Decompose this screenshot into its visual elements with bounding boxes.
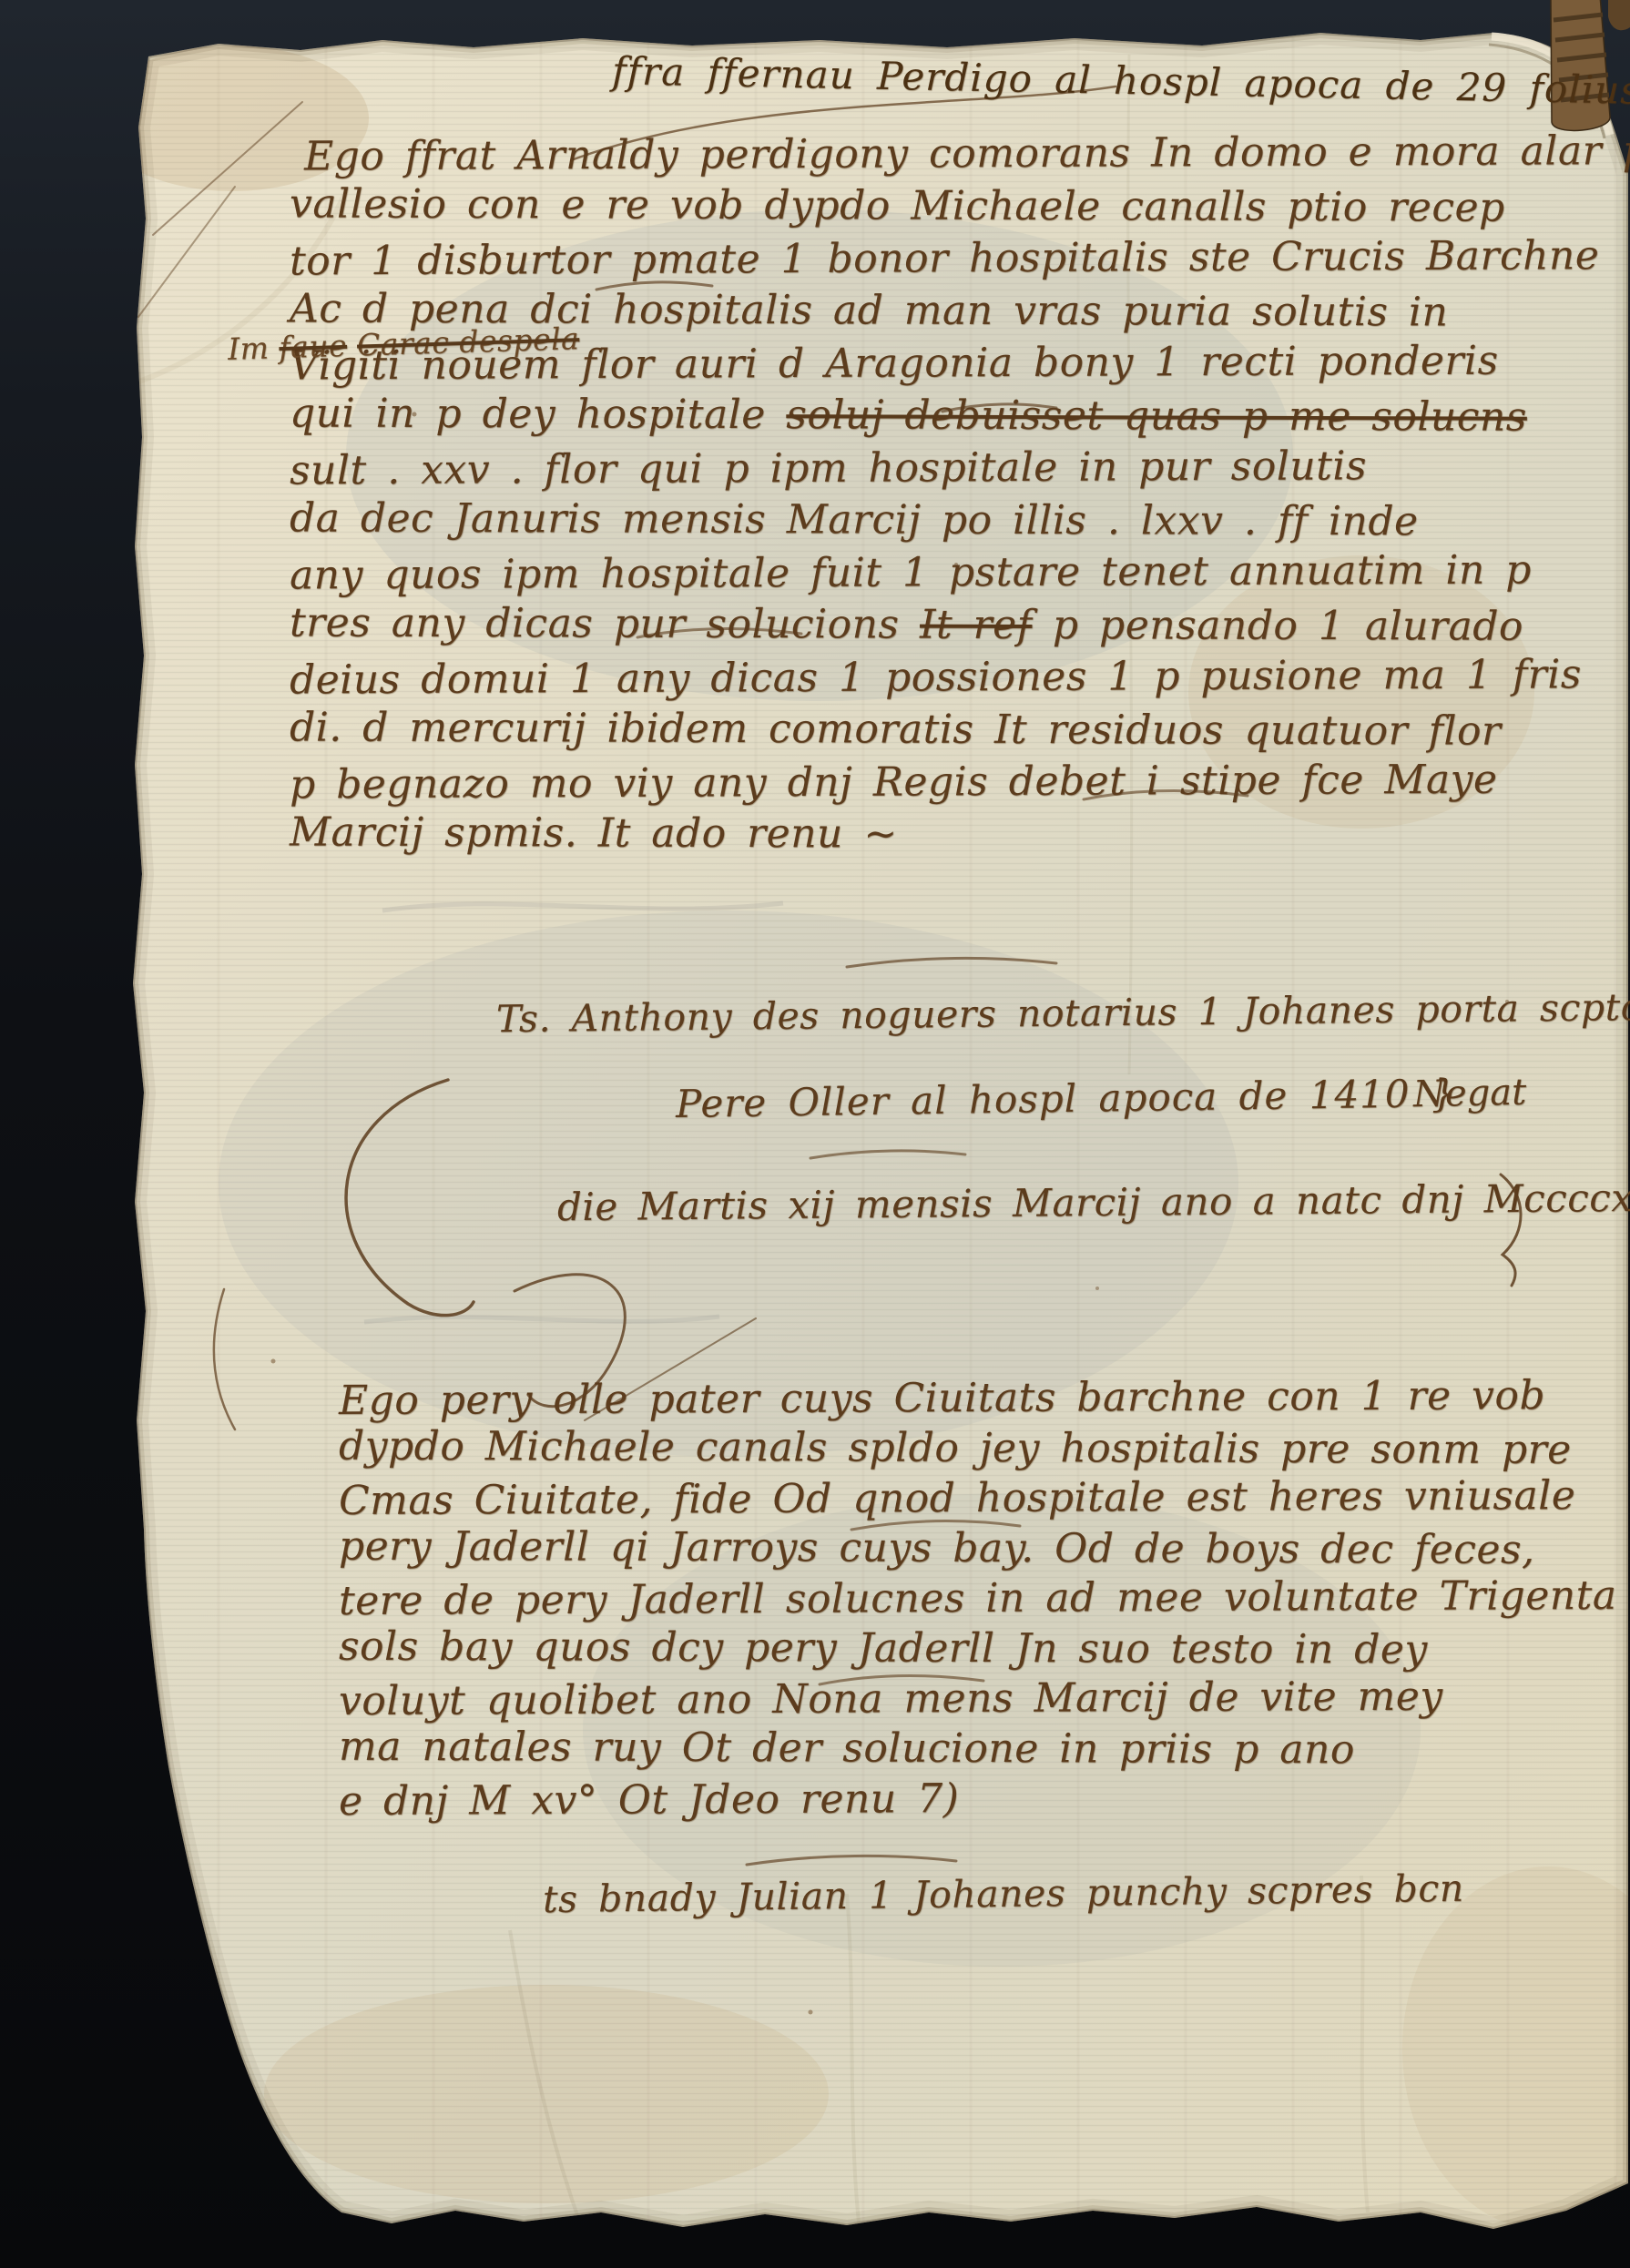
entry2-docket-note: Negat bbox=[1413, 1072, 1527, 1116]
entry1-body: Ego ffrat Arnaldy perdigony comorans In … bbox=[290, 127, 1630, 860]
manuscript-line: vallesio con e re vob dypdo Michaele can… bbox=[290, 178, 1630, 235]
ink-text: ma natales ruy Ot der solucione in priis… bbox=[339, 1724, 1355, 1774]
struck-text: faue bbox=[279, 328, 348, 365]
ink-text: pery Jaderll qi Jarroys cuys bay. Od de … bbox=[339, 1523, 1535, 1573]
ink-text: Im bbox=[227, 330, 279, 367]
struck-text: Carac despela bbox=[356, 320, 579, 362]
struck-text: It ref bbox=[920, 601, 1033, 647]
witness-line-2: ts bnady Julian 1 Johanes punchy scpres … bbox=[543, 1866, 1464, 1921]
ink-text: vallesio con e re vob dypdo Michaele can… bbox=[290, 180, 1505, 230]
ink-text: e dnj M xv° Ot Jdeo renu 7) bbox=[339, 1775, 960, 1825]
ink-text: sult . xxv . flor qui p ipm hospitale in… bbox=[290, 442, 1367, 493]
manuscript-line: e dnj M xv° Ot Jdeo renu 7) bbox=[339, 1771, 1617, 1826]
manuscript-line: dypdo Michaele canals spldo jey hospital… bbox=[339, 1421, 1617, 1475]
ink-text: da dec Januris mensis Marcij po illis . … bbox=[290, 494, 1419, 544]
ink-text: tor 1 disburtor pmate 1 bonor hospitalis… bbox=[290, 232, 1600, 284]
archive-photo-canvas: ffra ffernau Perdigo al hospl apoca de 2… bbox=[0, 0, 1630, 2268]
ink-text: Cmas Ciuitate, fide Od qnod hospitale es… bbox=[339, 1472, 1576, 1524]
manuscript-line: tor 1 disburtor pmate 1 bonor hospitalis… bbox=[290, 229, 1630, 288]
manuscript-line: da dec Januris mensis Marcij po illis . … bbox=[290, 492, 1630, 549]
manuscript-line: Cmas Ciuitate, fide Od qnod hospitale es… bbox=[339, 1470, 1617, 1526]
struck-text: soluj debuisset quas p me solucns bbox=[786, 392, 1527, 441]
manuscript-line: ma natales ruy Ot der solucione in priis… bbox=[339, 1722, 1617, 1775]
manuscript-line: Ego pery olle pater cuys Ciuitats barchn… bbox=[339, 1370, 1617, 1426]
manuscript-line: voluyt quolibet ano Nona mens Marcij de … bbox=[339, 1671, 1617, 1726]
ink-text: any quos ipm hospitale fuit 1 pstare ten… bbox=[290, 547, 1532, 599]
manuscript-line: tres any dicas pur solucions It ref p pe… bbox=[290, 596, 1630, 654]
entry2-docket: Pere Oller al hospl apoca de 1410 } bbox=[676, 1071, 1457, 1126]
ink-text: Marcij spmis. It ado renu ~ bbox=[290, 809, 898, 857]
manuscript-line: qui in p dey hospitale soluj debuisset q… bbox=[290, 387, 1630, 444]
manuscript-line: p begnazo mo viy any dnj Regis debet i s… bbox=[290, 753, 1630, 811]
manuscript-line: sult . xxv . flor qui p ipm hospitale in… bbox=[290, 439, 1630, 497]
manuscript-line: any quos ipm hospitale fuit 1 pstare ten… bbox=[290, 544, 1630, 602]
manuscript-line: deius domui 1 any dicas 1 possiones 1 p … bbox=[290, 648, 1630, 707]
manuscript-line: tere de pery Jaderll solucnes in ad mee … bbox=[339, 1571, 1617, 1626]
docket-heading: ffra ffernau Perdigo al hospl apoca de 2… bbox=[612, 48, 1630, 113]
ink-text: di. d mercurij ibidem comoratis It resid… bbox=[290, 704, 1502, 754]
ink-text: tres any dicas pur solucions bbox=[290, 599, 920, 647]
ink-text: voluyt quolibet ano Nona mens Marcij de … bbox=[339, 1673, 1443, 1724]
ink-text: Ego ffrat Arnaldy perdigony comorans In … bbox=[304, 127, 1630, 180]
ink-text: deius domui 1 any dicas 1 possiones 1 p … bbox=[290, 651, 1582, 703]
manuscript-text-layer: ffra ffernau Perdigo al hospl apoca de 2… bbox=[0, 0, 1630, 2268]
ink-text: qui in p dey hospitale bbox=[290, 390, 786, 438]
manuscript-line: di. d mercurij ibidem comoratis It resid… bbox=[290, 701, 1630, 758]
witness-line-1: Ts. Anthony des noguers notarius 1 Johan… bbox=[496, 984, 1630, 1041]
manuscript-line: sols bay quos dcy pery Jaderll Jn suo te… bbox=[339, 1622, 1617, 1675]
manuscript-line: Marcij spmis. It ado renu ~ bbox=[290, 806, 1630, 863]
ink-text: tere de pery Jaderll solucnes in ad mee … bbox=[339, 1572, 1617, 1624]
manuscript-line: pery Jaderll qi Jarroys cuys bay. Od de … bbox=[339, 1521, 1617, 1575]
manuscript-line: Ego ffrat Arnaldy perdigony comorans In … bbox=[304, 125, 1630, 183]
ink-text: p begnazo mo viy any dnj Regis debet i s… bbox=[290, 757, 1498, 809]
ink-text: Ego pery olle pater cuys Ciuitats barchn… bbox=[339, 1372, 1545, 1424]
date-line: die Martis xij mensis Marcij ano a natc … bbox=[557, 1175, 1630, 1230]
ink-text: sols bay quos dcy pery Jaderll Jn suo te… bbox=[339, 1623, 1428, 1673]
ink-text: dypdo Michaele canals spldo jey hospital… bbox=[339, 1423, 1572, 1473]
entry2-body: Ego pery olle pater cuys Ciuitats barchn… bbox=[339, 1373, 1617, 1824]
ink-text: p pensando 1 alurado bbox=[1032, 602, 1523, 650]
